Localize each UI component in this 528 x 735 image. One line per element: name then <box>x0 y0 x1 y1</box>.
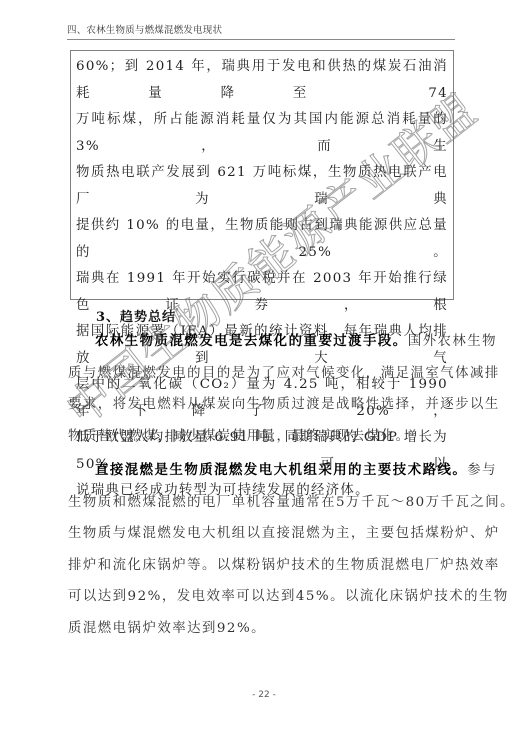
paragraph-line: 生物质与煤混燃发电大机组以直接混燃为主，主要包括煤粉炉、炉 <box>68 518 455 550</box>
paragraph-first-line: 直接混燃是生物质混燃发电大机组采用的主要技术路线。参与 <box>68 455 455 487</box>
paragraph-first-line: 农林生物质混燃发电是去煤化的重要过渡手段。国外农林生物 <box>68 326 455 358</box>
paragraph-lead-bold: 农林生物质混燃发电是去煤化的重要过渡手段。 <box>95 333 408 349</box>
box-line: 万吨标煤，所占能源消耗量仅为其国内能源总消耗量的 3%，而生 <box>76 107 448 160</box>
paragraph-line: 质混燃电锅炉效率达到92%。 <box>68 613 455 645</box>
paragraph-coal-transition: 农林生物质混燃发电是去煤化的重要过渡手段。国外农林生物 质与燃煤混燃发电的目的是… <box>68 326 455 452</box>
paragraph-line: 要求，将发电燃料从煤炭向生物质过渡是战略性选择，并逐步以生 <box>68 389 455 421</box>
paragraph-lead-bold: 直接混燃是生物质混燃发电大机组采用的主要技术路线。 <box>95 462 467 478</box>
paragraph-line: 可以达到92%，发电效率可以达到45%。以流化床锅炉技术的生物 <box>68 581 455 613</box>
paragraph-text: 国外农林生物 <box>408 334 497 349</box>
box-line: 提供约 10% 的电量，生物质能则占到瑞典能源供应总量的 25%。 <box>76 213 448 266</box>
paragraph-direct-cofiring: 直接混燃是生物质混燃发电大机组采用的主要技术路线。参与 生物质和燃煤混燃的电厂单… <box>68 455 455 644</box>
section-heading: 3、趋势总结 <box>96 306 176 325</box>
page-header: 四、农林生物质与燃煤混燃发电现状 <box>67 22 455 40</box>
paragraph-line: 物质替代燃煤，减少煤炭使用量，最终实现去煤化。 <box>68 421 455 453</box>
box-line: 60%；到 2014 年，瑞典用于发电和供热的煤炭石油消耗量降至 74 <box>76 54 448 107</box>
box-line: 物质热电联产发展到 621 万吨标煤，生物质热电联产电厂为瑞典 <box>76 160 448 213</box>
page-number: - 22 - <box>0 690 528 700</box>
paragraph-line: 生物质和燃煤混燃的电厂单机容量通常在5万千瓦～80万千瓦之间。 <box>68 487 455 519</box>
paragraph-line: 质与燃煤混燃发电的目的是为了应对气候变化，满足温室气体减排 <box>68 358 455 390</box>
paragraph-line: 排炉和流化床锅炉等。以煤粉锅炉技术的生物质混燃电厂炉热效率 <box>68 550 455 582</box>
chapter-title: 四、农林生物质与燃煤混燃发电现状 <box>67 25 222 36</box>
case-study-box: 60%；到 2014 年，瑞典用于发电和供热的煤炭石油消耗量降至 74 万吨标煤… <box>70 50 454 300</box>
paragraph-text: 参与 <box>467 463 497 478</box>
